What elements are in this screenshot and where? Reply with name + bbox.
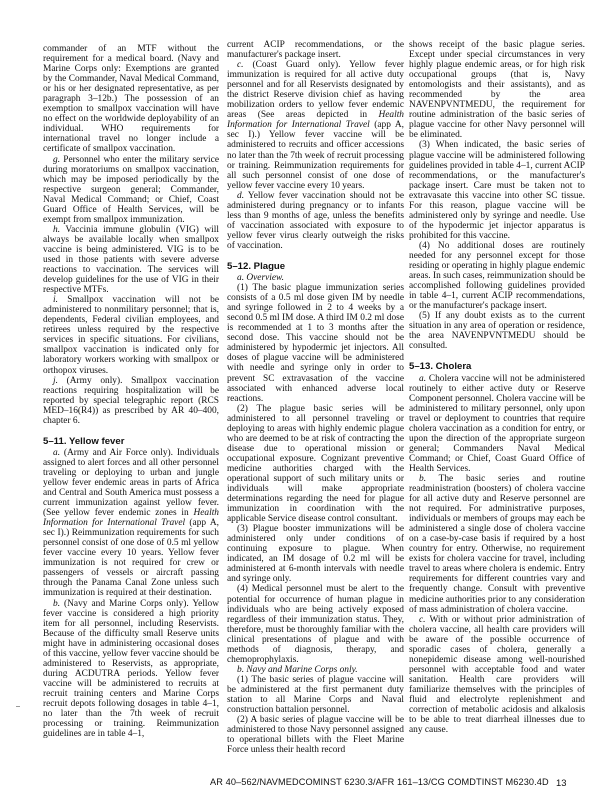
paragraph-text: With or without prior administration of … <box>409 615 585 736</box>
paragraph: b. Navy and Marine Corps only. <box>227 665 404 675</box>
paragraph: (4) Medical personnel must be alert to t… <box>227 584 404 664</box>
paragraph-text: (4) Medical personnel must be alert to t… <box>227 584 404 664</box>
paragraph: (2) The plague basic series will be admi… <box>227 404 404 525</box>
column-3: shows receipt of the basic plague series… <box>409 40 585 735</box>
paragraph: g. Personnel who enter the military serv… <box>43 155 219 225</box>
paragraph: (1) The basic series of plague vaccine w… <box>227 675 404 715</box>
paragraph-text: (1) The basic series of plague vaccine w… <box>227 675 404 715</box>
paragraph-text: The basic series and routine readministr… <box>409 474 585 615</box>
paragraph-text: Personnel who enter the military service… <box>43 155 219 225</box>
paragraph-label: a. <box>53 448 60 458</box>
paragraph: (1) The basic plague immunization series… <box>227 283 404 404</box>
paragraph: a. Cholera vaccine will not be administe… <box>409 374 585 474</box>
margin-mark <box>16 706 20 707</box>
paragraph-label: b. <box>237 665 244 675</box>
paragraph-text: (1) The basic plague immunization series… <box>227 283 404 404</box>
paragraph: c. (Coast Guard only). Yellow fever immu… <box>227 60 404 191</box>
paragraph-text: (app A, sec I).) Reimmunization requirem… <box>43 518 219 598</box>
paragraph-text: (Navy and Marine Corps only). Yellow fev… <box>43 599 219 740</box>
paragraph-text: Vaccinia immune globulin (VIG) will alwa… <box>43 225 219 295</box>
paragraph-text: (app A, sec I).) Yellow fever vaccine wi… <box>227 120 404 190</box>
column-1: commander of an MTF without the requirem… <box>43 44 219 739</box>
paragraph: b. (Navy and Marine Corps only). Yellow … <box>43 599 219 740</box>
paragraph-text: (3) Plague booster immunizations will be… <box>227 524 404 584</box>
paragraph-text: (4) No additional doses are routinely ne… <box>409 241 585 311</box>
column-2: current ACIP recommendations, or the man… <box>227 40 404 755</box>
paragraph-label: a. <box>237 273 244 283</box>
paragraph: j. (Army only). Smallpox vaccination rea… <box>43 376 219 426</box>
paragraph-text: (2) A basic series of plague vaccine wil… <box>227 715 404 755</box>
paragraph-text: Cholera vaccine will not be administered… <box>409 374 585 474</box>
paragraph: (4) No additional doses are routinely ne… <box>409 241 585 311</box>
paragraph-label: h. <box>53 225 60 235</box>
paragraph-text: shows receipt of the basic plague series… <box>409 40 585 140</box>
paragraph: a. Overview. <box>227 273 404 283</box>
section-heading: 5–13. Cholera <box>409 362 585 372</box>
paragraph-text: (Army only). Smallpox vaccination reacti… <box>43 376 219 426</box>
section-heading: 5–12. Plague <box>227 262 404 272</box>
page-number: 13 <box>556 777 566 788</box>
paragraph-text: Smallpox vaccination will not be adminis… <box>43 295 219 375</box>
paragraph: (3) When indicated, the basic series of … <box>409 140 585 240</box>
paragraph-label: b. <box>53 599 60 609</box>
paragraph-text: current ACIP recommendations, or the man… <box>227 40 404 60</box>
paragraph-text: (3) When indicated, the basic series of … <box>409 140 585 240</box>
paragraph-text: (2) The plague basic series will be admi… <box>227 404 404 525</box>
paragraph: (2) A basic series of plague vaccine wil… <box>227 715 404 755</box>
paragraph-text: commander of an MTF without the requirem… <box>43 44 219 154</box>
paragraph: b. The basic series and routine readmini… <box>409 474 585 615</box>
paragraph-label: g. <box>53 155 60 165</box>
paragraph: (5) If any doubt exists as to the curren… <box>409 311 585 351</box>
section-heading: 5–11. Yellow fever <box>43 437 219 447</box>
paragraph: (3) Plague booster immunizations will be… <box>227 524 404 584</box>
paragraph: d. Yellow fever vaccination should not b… <box>227 191 404 251</box>
paragraph: h. Vaccinia immune globulin (VIG) will a… <box>43 225 219 295</box>
document-page: commander of an MTF without the requirem… <box>0 0 611 792</box>
italic-title: Navy and Marine Corps only. <box>246 665 357 675</box>
paragraph-text: Yellow fever vaccination should not be a… <box>227 191 404 251</box>
paragraph: commander of an MTF without the requirem… <box>43 44 219 155</box>
paragraph: current ACIP recommendations, or the man… <box>227 40 404 60</box>
paragraph: a. (Army and Air Force only). Individual… <box>43 448 219 599</box>
paragraph-text: (5) If any doubt exists as to the curren… <box>409 311 585 351</box>
paragraph-label: d. <box>237 191 244 201</box>
paragraph: i. Smallpox vaccination will not be admi… <box>43 295 219 375</box>
paragraph-label: b. <box>419 474 426 484</box>
paragraph: c. With or without prior administration … <box>409 615 585 736</box>
paragraph: shows receipt of the basic plague series… <box>409 40 585 140</box>
italic-title: Overview. <box>246 273 284 283</box>
paragraph-label: a. <box>419 374 426 384</box>
page-footer: AR 40–562/NAVMEDCOMINST 6230.3/AFR 161–1… <box>210 777 549 787</box>
